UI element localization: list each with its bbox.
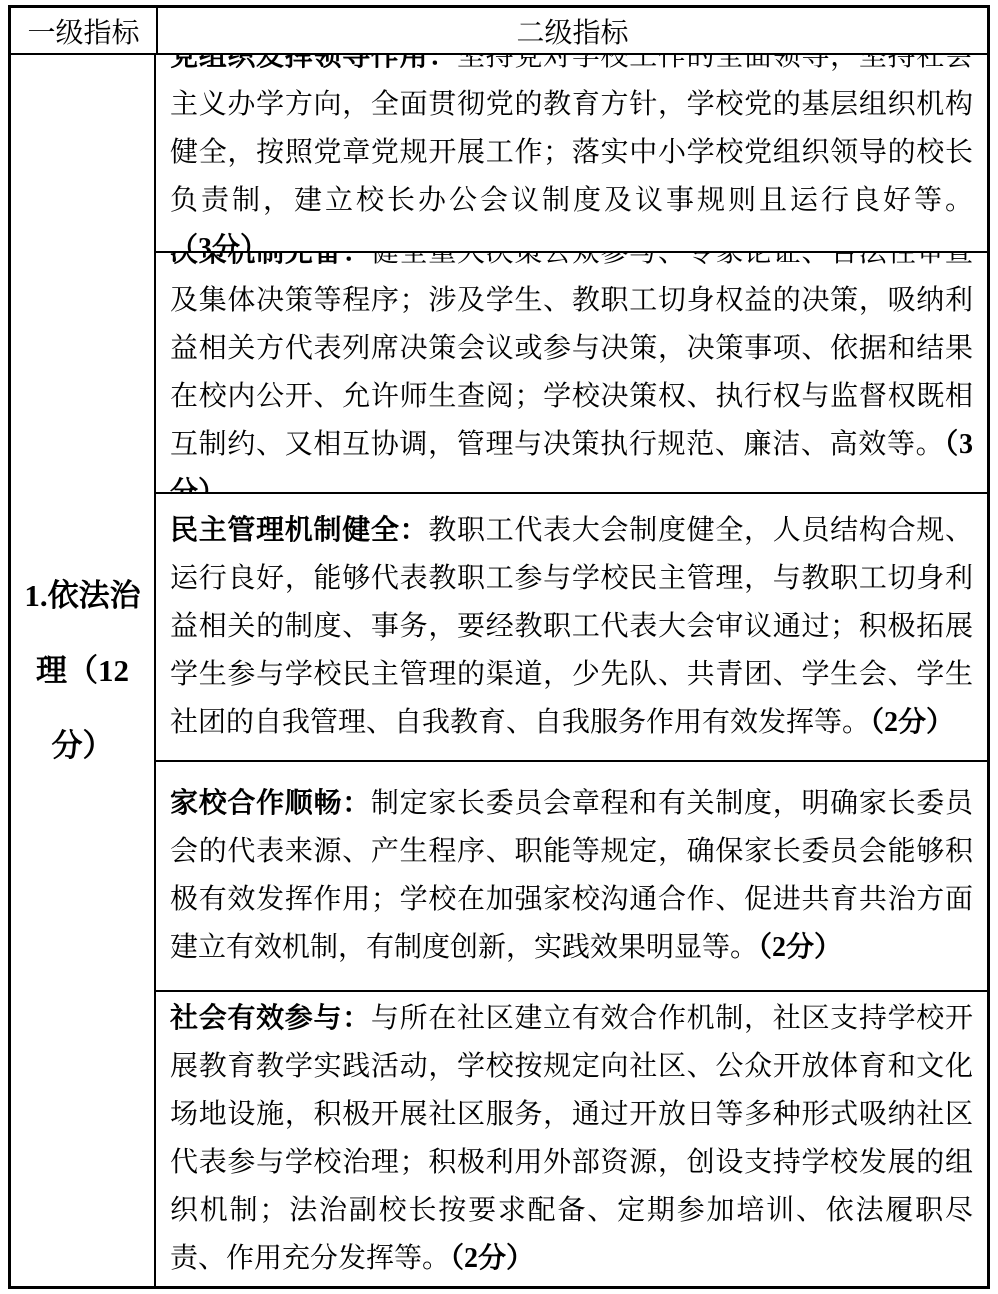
indicator-text: 社会有效参与：与所在社区建立有效合作机制，社区支持学校开展教育教学实践活动，学校… (170, 995, 973, 1283)
indicator-text: 家校合作顺畅：制定家长委员会章程和有关制度，明确家长委员会的代表来源、产生程序、… (170, 780, 973, 972)
indicator-body: 健全重大决策公众参与、专家论证、合法性审查及集体决策等程序；涉及学生、教职工切身… (170, 253, 973, 460)
indicator-table: 一级指标 二级指标 1.依法治理（12分） 党组织发挥领导作用：坚持党对学校工作… (8, 5, 990, 1289)
indicator-row-home-school-cooperation: 家校合作顺畅：制定家长委员会章程和有关制度，明确家长委员会的代表来源、产生程序、… (156, 762, 987, 992)
indicator-text: 决策机制完备：健全重大决策公众参与、专家论证、合法性审查及集体决策等程序；涉及学… (170, 253, 973, 494)
indicator-row-party-leadership: 党组织发挥领导作用：坚持党对学校工作的全面领导，坚持社会主义办学方向，全面贯彻党… (156, 55, 987, 253)
indicator-row-democratic-management: 民主管理机制健全：教职工代表大会制度健全，人员结构合规、运行良好，能够代表教职工… (156, 494, 987, 762)
indicator-label: 民主管理机制健全： (170, 515, 428, 546)
indicator-score: （2分） (758, 932, 842, 963)
indicator-text: 民主管理机制健全：教职工代表大会制度健全，人员结构合规、运行良好，能够代表教职工… (170, 507, 973, 747)
indicator-text: 党组织发挥领导作用：坚持党对学校工作的全面领导，坚持社会主义办学方向，全面贯彻党… (170, 55, 973, 253)
indicator-score: （3分） (170, 233, 268, 253)
indicator-row-community-participation: 社会有效参与：与所在社区建立有效合作机制，社区支持学校开展教育教学实践活动，学校… (156, 992, 987, 1286)
document-page: 一级指标 二级指标 1.依法治理（12分） 党组织发挥领导作用：坚持党对学校工作… (0, 0, 998, 1294)
indicator-label: 家校合作顺畅： (170, 788, 371, 819)
indicator-column: 党组织发挥领导作用：坚持党对学校工作的全面领导，坚持社会主义办学方向，全面贯彻党… (156, 55, 987, 1286)
category-cell: 1.依法治理（12分） (11, 55, 156, 1286)
indicator-body: 教职工代表大会制度健全，人员结构合规、运行良好，能够代表教职工参与学校民主管理，… (170, 515, 973, 738)
indicator-body: 坚持党对学校工作的全面领导，坚持社会主义办学方向，全面贯彻党的教育方针，学校党的… (170, 55, 973, 216)
indicator-label: 党组织发挥领导作用： (170, 55, 457, 72)
indicator-label: 社会有效参与： (170, 1003, 371, 1034)
indicator-score: （2分） (450, 1243, 534, 1274)
table-body: 1.依法治理（12分） 党组织发挥领导作用：坚持党对学校工作的全面领导，坚持社会… (11, 55, 987, 1286)
indicator-label: 决策机制完备： (170, 253, 371, 268)
indicator-body: 与所在社区建立有效合作机制，社区支持学校开展教育教学实践活动，学校按规定向社区、… (170, 1003, 973, 1274)
header-level1-indicator: 一级指标 (11, 8, 158, 53)
indicator-score: （2分） (870, 707, 954, 738)
table-header-row: 一级指标 二级指标 (11, 8, 987, 55)
header-level2-indicator: 二级指标 (158, 8, 987, 53)
indicator-row-decision-mechanism: 决策机制完备：健全重大决策公众参与、专家论证、合法性审查及集体决策等程序；涉及学… (156, 253, 987, 494)
